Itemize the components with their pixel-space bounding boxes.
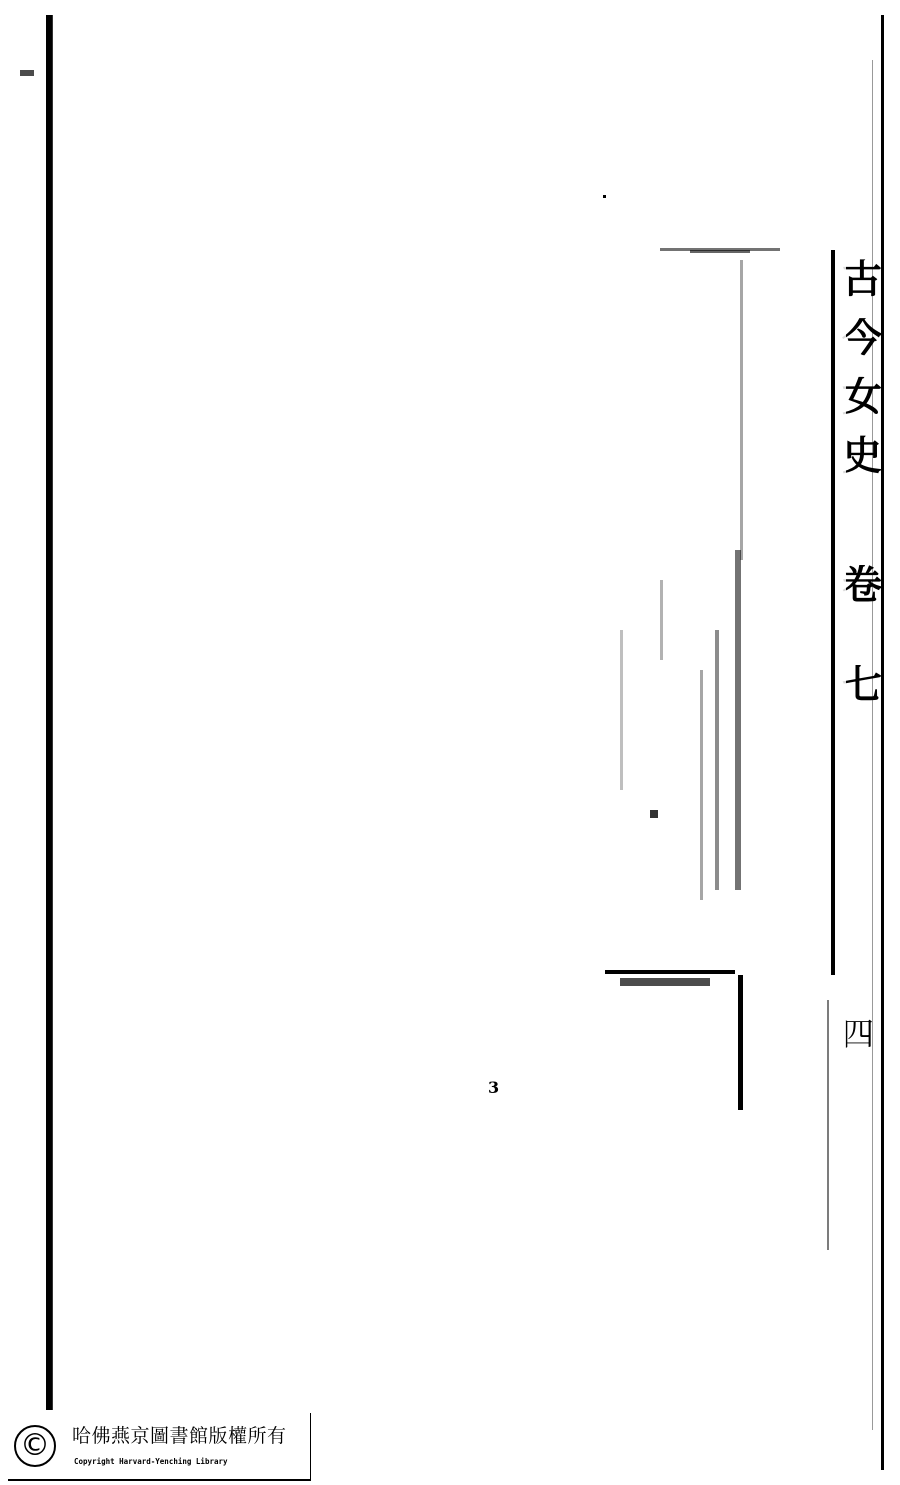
ink-stroke (735, 550, 741, 890)
ink-stroke (660, 580, 663, 660)
lower-frame-top (605, 970, 735, 974)
fold-margin-line (831, 250, 835, 975)
scan-fade (836, 250, 846, 1110)
volume-char: 卷 (842, 565, 882, 605)
copyright-chinese: 哈佛燕京圖書館版權所有 (72, 1421, 287, 1448)
book-title: 古 今 女 史 (842, 250, 882, 485)
left-page-border-inner (52, 15, 53, 1410)
ink-stroke (620, 978, 710, 986)
stray-mark: 3 (488, 1078, 499, 1097)
lower-frame-right (738, 975, 743, 1110)
ink-stroke (700, 670, 703, 900)
copyright-icon: © (14, 1425, 56, 1467)
copyright-english: Copyright Harvard-Yenching Library (74, 1457, 228, 1466)
ink-speck (20, 70, 34, 76)
title-char: 史 (842, 436, 882, 476)
ink-speck (603, 195, 606, 198)
right-page-edge (881, 15, 884, 1470)
ink-stroke (690, 250, 750, 253)
title-char: 今 (842, 318, 882, 358)
title-char: 古 (842, 259, 882, 299)
scanned-page: 古 今 女 史 卷 七 四 3 © 哈佛燕京圖書館版權所有 Copyright … (0, 0, 900, 1485)
ink-stroke (620, 630, 623, 790)
book-title-column: 古 今 女 史 卷 七 四 (836, 250, 880, 1110)
bleed-through-ink (600, 250, 750, 910)
ink-stroke (740, 260, 743, 560)
ink-stroke (715, 630, 719, 890)
fold-margin-line-lower (827, 1000, 829, 1250)
title-char: 女 (842, 377, 882, 417)
ink-stroke (650, 810, 658, 818)
copyright-stamp: © 哈佛燕京圖書館版權所有 Copyright Harvard-Yenching… (8, 1413, 311, 1481)
volume-char: 七 (842, 665, 882, 705)
volume-label: 卷 七 (842, 535, 882, 735)
